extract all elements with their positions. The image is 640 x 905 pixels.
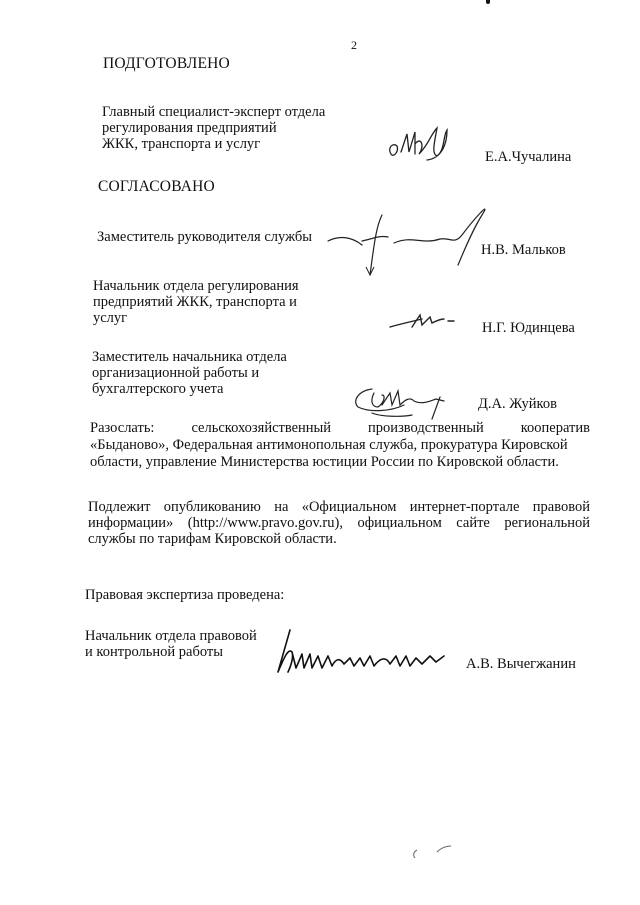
distribution-word: кооператив — [521, 420, 590, 436]
position-line: Начальник отдела правовой — [85, 628, 257, 644]
legal-review-heading: Правовая экспертиза проведена: — [85, 587, 284, 603]
prepared-heading: ПОДГОТОВЛЕНО — [103, 55, 230, 73]
distribution-word: сельскохозяйственный — [191, 420, 331, 436]
signer-name: Н.В. Мальков — [481, 242, 566, 258]
publication-line: службы по тарифам Кировской области. — [88, 531, 590, 547]
position-line: услуг — [93, 310, 299, 326]
signer-name: Е.А.Чучалина — [485, 149, 571, 165]
position-line: Заместитель руководителя службы — [97, 229, 312, 245]
agreed-heading: СОГЛАСОВАНО — [98, 178, 215, 196]
position-line: Заместитель начальника отдела — [92, 349, 287, 365]
position-line: ЖКК, транспорта и услуг — [102, 136, 325, 152]
signer-name: Д.А. Жуйков — [478, 396, 557, 412]
signature-malkov — [322, 205, 492, 280]
signer-name: Н.Г. Юдинцева — [482, 320, 575, 336]
publication-line: информации» (http://www.pravo.gov.ru), о… — [88, 515, 590, 531]
page-number: 2 — [351, 37, 357, 53]
signer-name: А.В. Вычегжанин — [466, 656, 576, 672]
signer-position: Заместитель начальника отдела организаци… — [92, 349, 287, 397]
publication-paragraph: Подлежит опубликованию на «Официальном и… — [88, 499, 590, 547]
position-line: Главный специалист-эксперт отдела — [102, 104, 325, 120]
legal-review-position: Начальник отдела правовой и контрольной … — [85, 628, 257, 660]
scan-artifact-mark — [405, 840, 465, 870]
position-line: предприятий ЖКК, транспорта и — [93, 294, 299, 310]
position-line: регулирования предприятий — [102, 120, 325, 136]
position-line: организационной работы и — [92, 365, 287, 381]
position-line: Начальник отдела регулирования — [93, 278, 299, 294]
distribution-word: производственный — [368, 420, 484, 436]
distribution-paragraph: Разослать: сельскохозяйственный производ… — [90, 420, 590, 470]
position-line: бухгалтерского учета — [92, 381, 287, 397]
signature-yudintseva — [388, 313, 458, 333]
distribution-label: Разослать: — [90, 420, 154, 436]
signature-zhuykov — [352, 385, 462, 425]
distribution-line: области, управление Министерства юстиции… — [90, 453, 590, 470]
scan-artifact-mark — [486, 0, 490, 4]
distribution-line: «Быданово», Федеральная антимонопольная … — [90, 436, 590, 453]
signature-vychegzhanin — [274, 628, 464, 678]
signature-chuchalina — [385, 124, 465, 164]
signer-position: Начальник отдела регулирования предприят… — [93, 278, 299, 326]
position-line: и контрольной работы — [85, 644, 257, 660]
prepared-position: Главный специалист-эксперт отдела регули… — [102, 104, 325, 152]
distribution-first-line: Разослать: сельскохозяйственный производ… — [90, 420, 590, 436]
signer-position: Заместитель руководителя службы — [97, 229, 312, 245]
publication-line: Подлежит опубликованию на «Официальном и… — [88, 499, 590, 515]
